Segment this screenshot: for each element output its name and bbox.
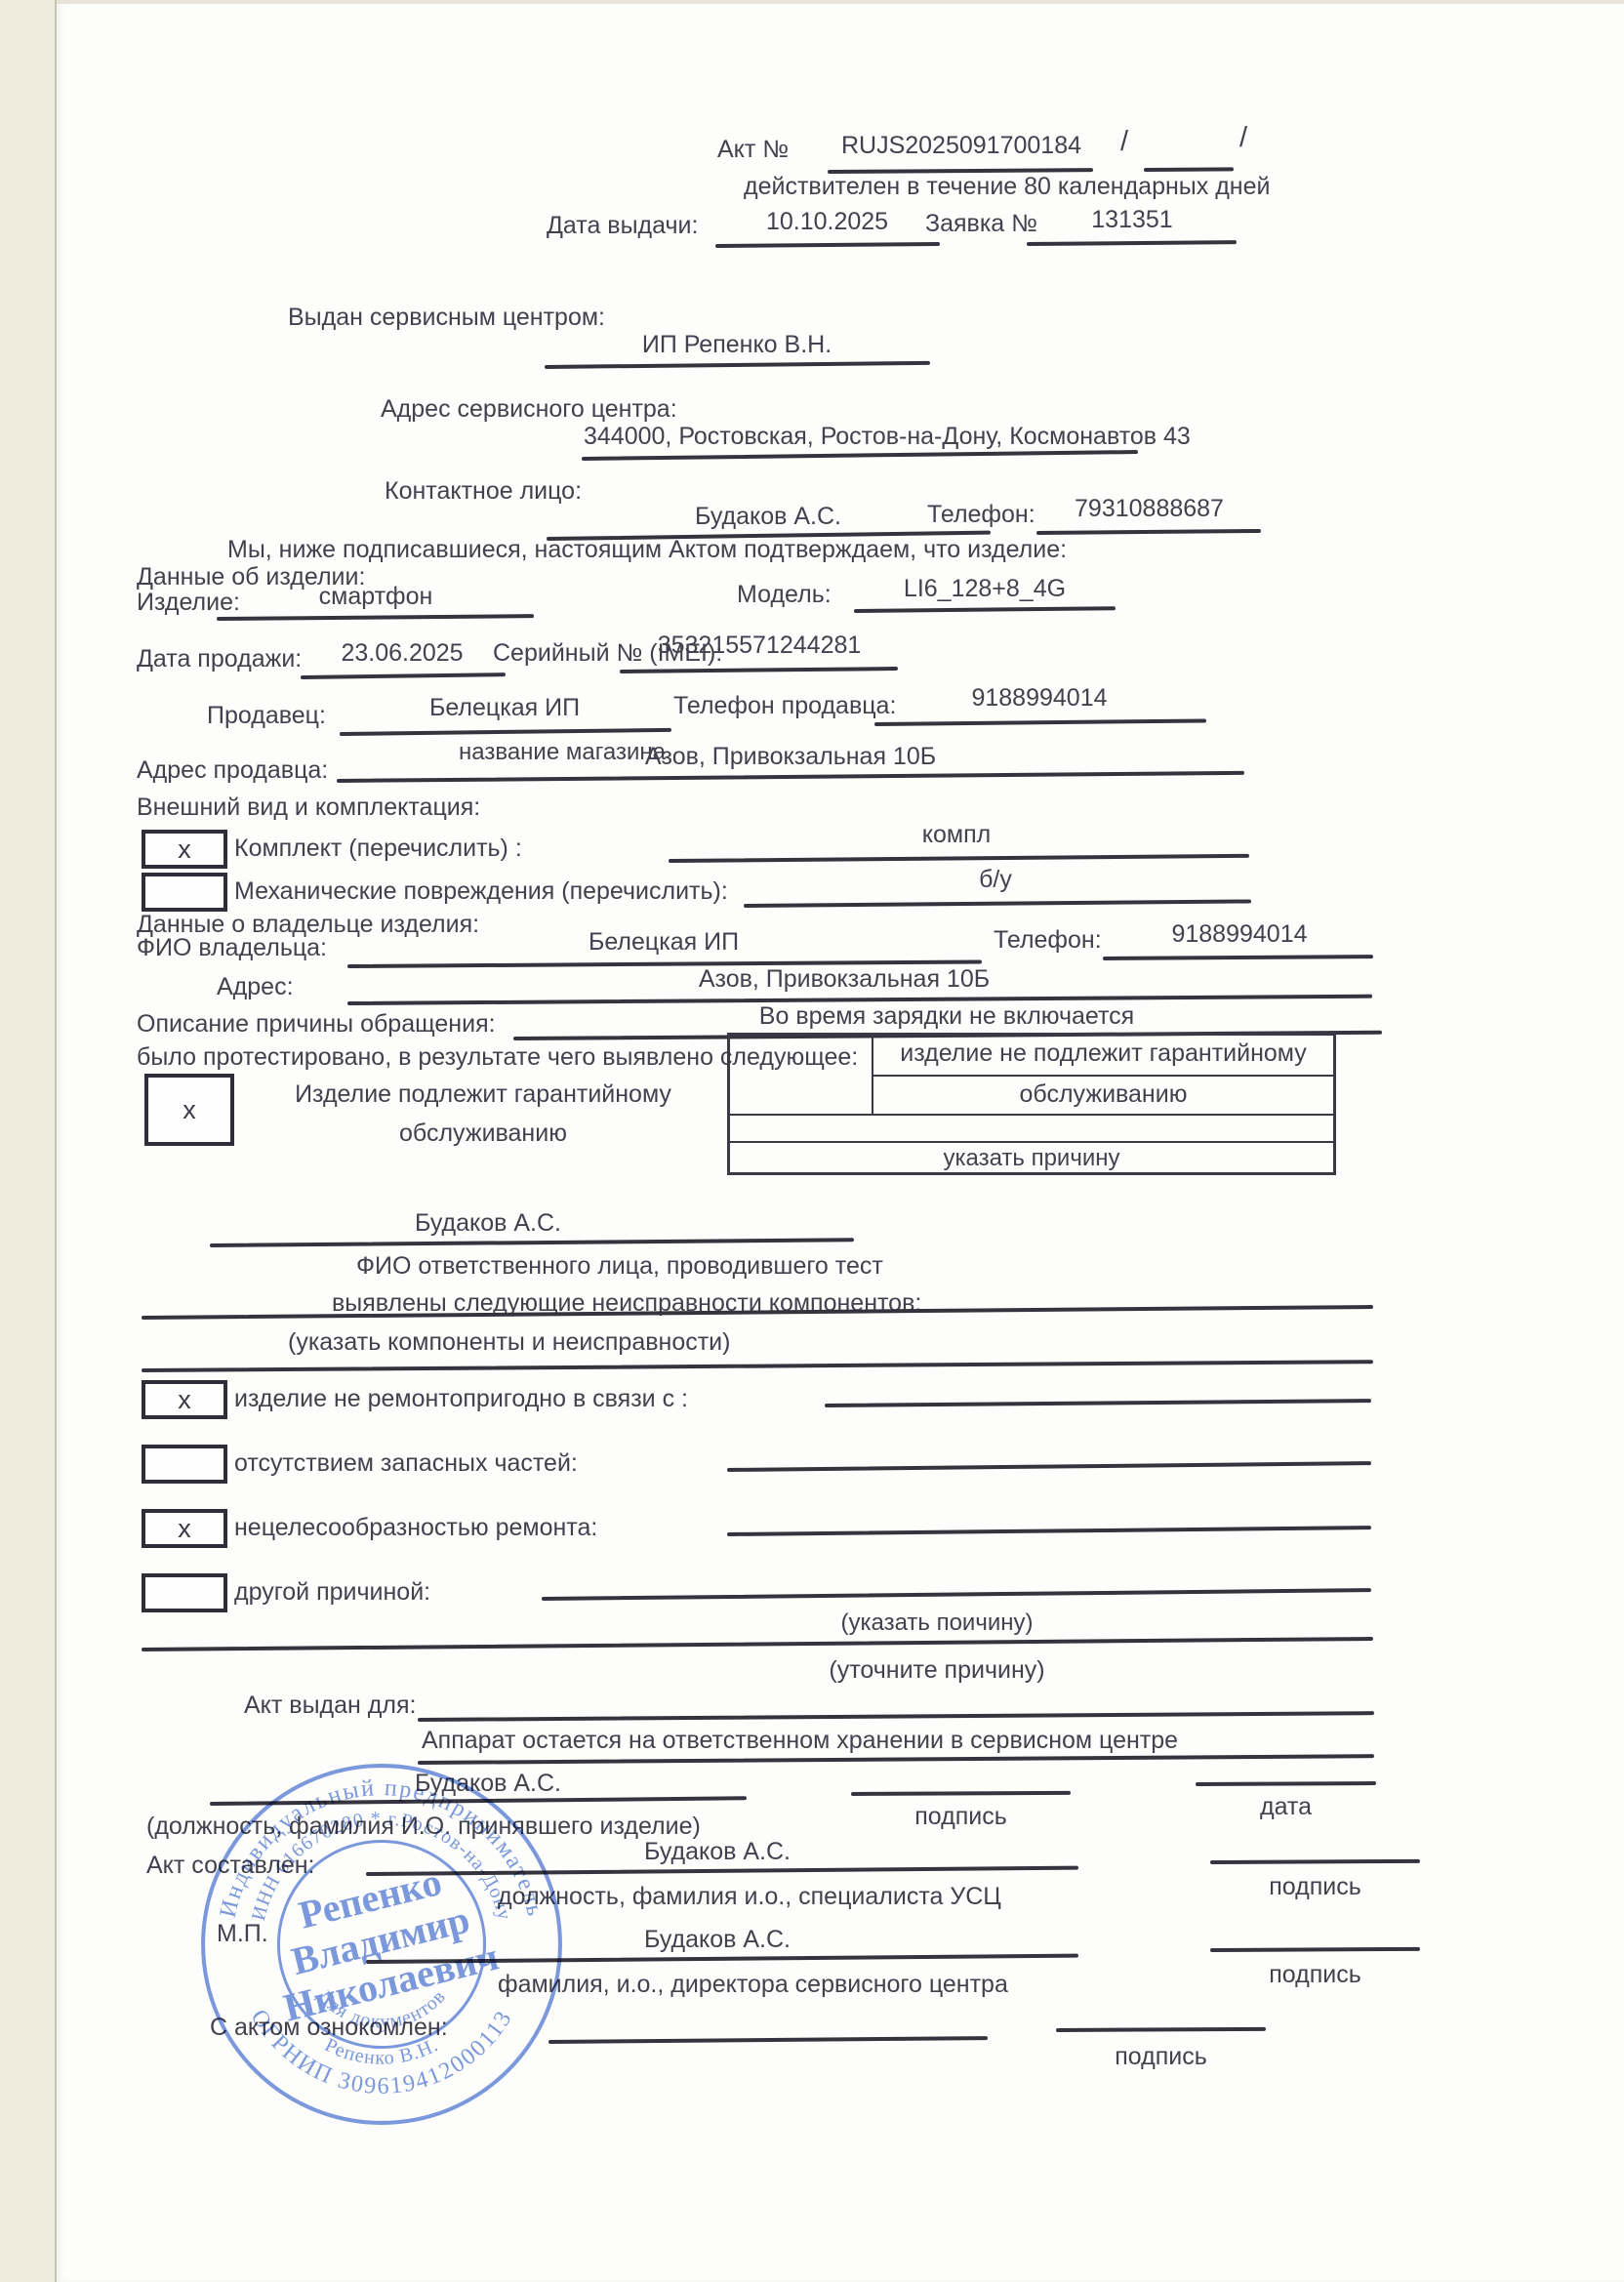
defects-caption: (указать компоненты и неисправности) xyxy=(288,1327,730,1357)
warranty-no-table: изделие не подлежит гарантийному обслужи… xyxy=(727,1033,1336,1175)
not-expedient-label: нецелесообразностью ремонта: xyxy=(234,1513,597,1542)
non-repairable-checkbox[interactable]: x xyxy=(142,1380,227,1419)
condition-section-title: Внешний вид и комплектация: xyxy=(137,793,480,822)
composed-caption: должность, фамилия и.о., специалиста УСЦ xyxy=(498,1882,1001,1911)
seller-address-label: Адрес продавца: xyxy=(137,755,328,785)
tester-caption: ФИО ответственного лица, проводившего те… xyxy=(356,1251,883,1281)
no-parts-checkbox[interactable] xyxy=(142,1445,227,1484)
seller-address-value: Азов, Привокзальная 10Б xyxy=(547,742,1035,771)
sale-date-label: Дата продажи: xyxy=(137,644,302,673)
kit-checkbox[interactable]: x xyxy=(142,830,227,869)
issued-for-value: Аппарат остается на ответственном хранен… xyxy=(422,1726,1178,1755)
reason-label: Описание причины обращения: xyxy=(137,1009,496,1039)
contact-person-value: Будаков А.С. xyxy=(548,502,988,531)
request-number-label: Заявка № xyxy=(925,209,1037,238)
act-number-label: Акт № xyxy=(717,135,789,164)
non-repairable-label: изделие не ремонтопригодно в связи с : xyxy=(234,1384,688,1413)
receiver-sign-label: подпись xyxy=(851,1802,1071,1831)
director-caption: фамилия, и.о., директора сервисного цент… xyxy=(498,1970,1008,1999)
warranty-yes-line1: Изделие подлежит гарантийному xyxy=(268,1080,698,1109)
model-label: Модель: xyxy=(737,580,832,609)
owner-address-value: Азов, Привокзальная 10Б xyxy=(351,964,1337,994)
owner-phone-label: Телефон: xyxy=(994,925,1102,955)
other-reason-caption: (указать поичину) xyxy=(722,1609,1152,1638)
statement-text: Мы, ниже подписавшиеся, настоящим Актом … xyxy=(227,535,1067,564)
reason-value: Во время зарядки не включается xyxy=(517,1001,1376,1031)
director-sign-label: подпись xyxy=(1210,1960,1420,1989)
composed-name: Будаков А.С. xyxy=(556,1837,878,1866)
clarify-caption: (уточните причину) xyxy=(683,1655,1191,1685)
damage-checkbox[interactable] xyxy=(142,873,227,912)
seller-value: Белецкая ИП xyxy=(344,693,666,722)
round-stamp: Индивидуальный предприниматель ОГРНИП 30… xyxy=(190,1753,573,2136)
request-number-value: 131351 xyxy=(1030,205,1235,234)
composed-sign-label: подпись xyxy=(1210,1872,1420,1901)
validity-text: действителен в течение 80 календарных дн… xyxy=(744,172,1270,201)
other-reason-checkbox[interactable] xyxy=(142,1573,227,1612)
sc-address-label: Адрес сервисного центра: xyxy=(381,394,677,424)
sale-date-value: 23.06.2025 xyxy=(304,638,500,668)
owner-name-label: ФИО владельца: xyxy=(137,933,327,962)
warranty-yes-line2: обслуживанию xyxy=(268,1119,698,1148)
damage-label: Механические повреждения (перечислить): xyxy=(234,876,728,906)
warranty-no-line2: обслуживанию xyxy=(873,1080,1333,1109)
issue-date-value: 10.10.2025 xyxy=(717,207,937,236)
sc-phone-value: 79310888687 xyxy=(1039,494,1259,523)
sc-address-value: 344000, Ростовская, Ростов-на-Дону, Косм… xyxy=(584,422,1135,451)
warranty-no-table-rule2 xyxy=(730,1114,1333,1116)
kit-value: компл xyxy=(673,820,1239,849)
receiver-date-label: дата xyxy=(1196,1792,1376,1821)
kit-label: Комплект (перечислить) : xyxy=(234,834,522,863)
warranty-no-table-rule1 xyxy=(873,1075,1333,1077)
no-parts-label: отсутствием запасных частей: xyxy=(234,1448,578,1478)
not-expedient-checkbox[interactable]: x xyxy=(142,1509,227,1548)
owner-name-value: Белецкая ИП xyxy=(351,927,976,957)
issued-by-value: ИП Репенко В.Н. xyxy=(547,330,927,359)
warranty-no-table-rule3 xyxy=(730,1141,1333,1143)
warranty-yes-checkbox[interactable]: x xyxy=(144,1074,234,1146)
issued-by-label: Выдан сервисным центром: xyxy=(288,303,605,332)
tester-name: Будаков А.С. xyxy=(283,1208,693,1238)
warranty-no-checkbox[interactable] xyxy=(750,1055,847,1092)
act-slash-2: / xyxy=(1239,123,1247,152)
product-type-value: смартфон xyxy=(220,582,532,611)
seller-phone-label: Телефон продавца: xyxy=(673,691,896,720)
acquainted-sign-label: подпись xyxy=(1056,2042,1266,2071)
sc-phone-label: Телефон: xyxy=(927,500,1035,529)
owner-address-label: Адрес: xyxy=(217,972,294,1001)
warranty-no-caption: указать причину xyxy=(730,1145,1333,1172)
owner-phone-value: 9188994014 xyxy=(1108,919,1371,949)
director-name: Будаков А.С. xyxy=(556,1925,878,1954)
act-number-value: RUJS2025091700184 xyxy=(830,131,1093,160)
issued-for-label: Акт выдан для: xyxy=(244,1691,416,1720)
seller-phone-value: 9188994014 xyxy=(878,683,1200,713)
scanned-service-act: { "colors": { "scan_background": "#eeebd… xyxy=(0,0,1624,2282)
issue-date-label: Дата выдачи: xyxy=(547,211,698,240)
other-reason-label: другой причиной: xyxy=(234,1577,430,1607)
imei-value: 353215571244281 xyxy=(623,631,896,660)
seller-label: Продавец: xyxy=(207,701,326,730)
model-value: LI6_128+8_4G xyxy=(857,574,1113,603)
warranty-no-line1: изделие не подлежит гарантийному xyxy=(873,1039,1333,1068)
stamp-mid-bottom-text: Репенко В.Н. xyxy=(321,2034,442,2069)
damage-value: б/у xyxy=(747,865,1244,894)
act-slash-1: / xyxy=(1120,127,1128,156)
